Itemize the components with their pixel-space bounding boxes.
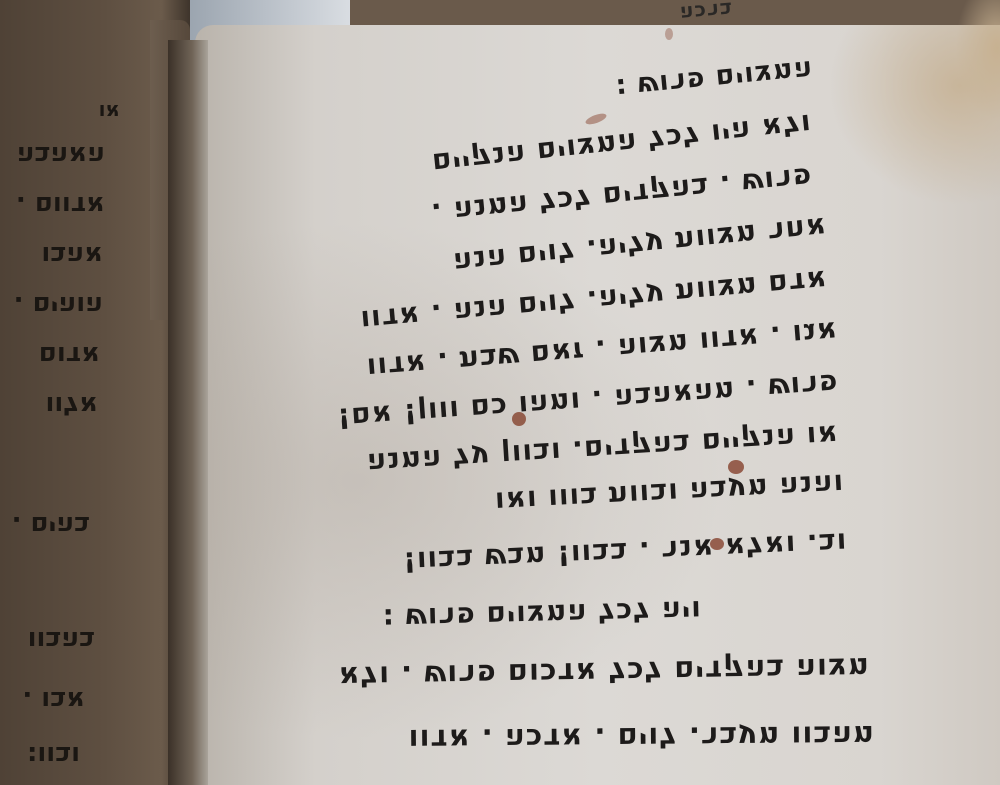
left-page-line: אהבו	[41, 240, 103, 270]
left-page-line: אדום	[39, 340, 100, 370]
left-page-line: בהבוו	[28, 625, 95, 655]
rust-stain	[512, 412, 526, 426]
left-page-line: אבו .	[22, 685, 85, 715]
rust-stain	[710, 538, 724, 550]
page-stain	[955, 0, 1000, 120]
rust-stain	[665, 28, 673, 40]
rust-stain	[728, 460, 744, 474]
left-page-line: האהבה	[17, 140, 105, 170]
left-page-line: הוהים .	[14, 290, 103, 320]
left-page-line: אדוום .	[16, 190, 105, 220]
left-page-line: ובוו:	[27, 740, 80, 770]
left-page-line: או	[99, 100, 120, 124]
book-photo: או האהבה אדוום . אהבו הוהים . אדום אלוו …	[0, 0, 1000, 785]
running-header: ברכה	[679, 0, 734, 26]
text-line: מהבוו מעבר. לוים . אדכה . אדוו	[180, 719, 875, 759]
left-page-line: בהים .	[12, 510, 90, 540]
left-page-line: אלוו	[45, 390, 98, 420]
